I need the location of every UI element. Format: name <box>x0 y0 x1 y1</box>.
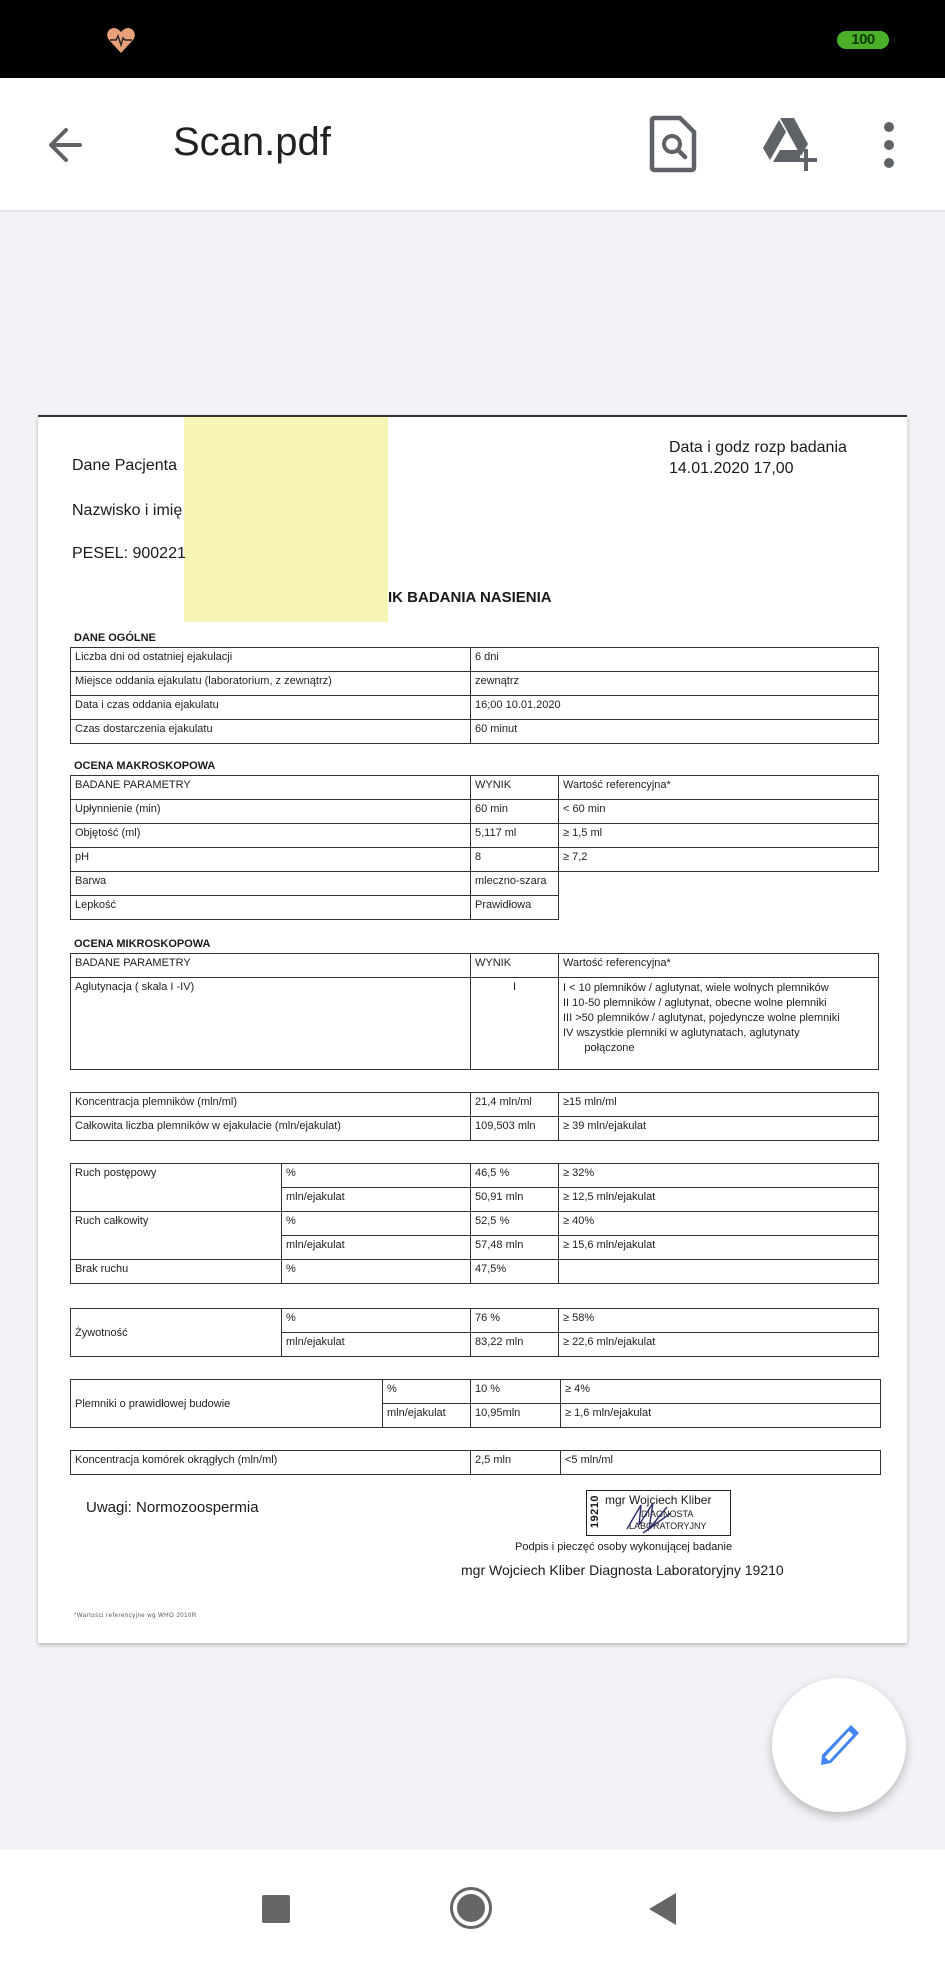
recent-apps-button[interactable] <box>262 1895 290 1923</box>
battery-indicator: 100 <box>837 31 889 49</box>
section-dane-ogolne: DANE OGÓLNE <box>74 632 156 644</box>
pdf-page: Dane Pacjenta Nazwisko i imię PESEL: 900… <box>38 415 907 1643</box>
table-row: Koncentracja plemników (mln/ml)21,4 mln/… <box>71 1093 879 1117</box>
exam-date-value: 14.01.2020 17,00 <box>669 458 847 479</box>
table-row: Brak ruchu%47,5% <box>71 1260 879 1284</box>
footnote: *Wartości referencyjne wg WHO 2010R <box>74 1613 197 1619</box>
table-row: Żywotność%76 %≥ 58% <box>71 1309 879 1333</box>
arrow-back-icon[interactable] <box>40 118 94 172</box>
section-mikroskopowa: OCENA MIKROSKOPOWA <box>74 938 211 950</box>
signer-name: mgr Wojciech Kliber Diagnosta Laboratory… <box>461 1562 784 1578</box>
budowa-table: Plemniki o prawidłowej budowie%10 %≥ 4% … <box>70 1379 881 1428</box>
system-nav-bar <box>0 1850 945 1966</box>
makro-table: BADANE PARAMETRYWYNIKWartość referencyjn… <box>70 775 879 920</box>
zywotnosc-table: Żywotność%76 %≥ 58% mln/ejakulat83,22 ml… <box>70 1308 879 1357</box>
komorki-table: Koncentracja komórek okrągłych (mln/ml)2… <box>70 1450 881 1475</box>
exam-date-label: Data i godz rozp badania <box>669 437 847 458</box>
signature-label: Podpis i pieczęć osoby wykonującej badan… <box>515 1541 732 1553</box>
dane-ogolne-table: Liczba dni od ostatniej ejakulacji6 dni … <box>70 647 879 744</box>
table-header: BADANE PARAMETRYWYNIKWartość referencyjn… <box>71 954 879 978</box>
table-row: Barwamleczno-szara <box>71 872 879 896</box>
home-button[interactable] <box>450 1887 492 1929</box>
table-row: Plemniki o prawidłowej budowie%10 %≥ 4% <box>71 1380 881 1404</box>
table-row: Ruch całkowity%52,5 %≥ 40% <box>71 1212 879 1236</box>
lab-stamp: 19210 mgr Wojciech Kliber DIAGNOSTA LABO… <box>586 1490 731 1536</box>
patient-name-label: Nazwisko i imię <box>72 502 182 520</box>
report-title: IK BADANIA NASIENIA <box>388 589 552 606</box>
table-row: Całkowita liczba plemników w ejakulacie … <box>71 1117 879 1141</box>
edit-pencil-icon <box>813 1719 865 1771</box>
table-header: BADANE PARAMETRYWYNIKWartość referencyjn… <box>71 776 879 800</box>
table-row: Miejsce oddania ejakulatu (laboratorium,… <box>71 672 879 696</box>
ruch-table: Ruch postępowy%46,5 %≥ 32% mln/ejakulat5… <box>70 1163 879 1284</box>
section-makroskopowa: OCENA MAKROSKOPOWA <box>74 760 215 772</box>
table-row: Data i czas oddania ejakulatu16;00 10.01… <box>71 696 879 720</box>
exam-date: Data i godz rozp badania 14.01.2020 17,0… <box>669 437 847 479</box>
table-row: Ruch postępowy%46,5 %≥ 32% <box>71 1164 879 1188</box>
nav-back-button[interactable] <box>649 1893 676 1925</box>
heart-pulse-icon <box>106 26 136 56</box>
status-bar: 100 <box>0 0 945 78</box>
table-row: Koncentracja komórek okrągłych (mln/ml)2… <box>71 1451 881 1475</box>
mikro-table: BADANE PARAMETRYWYNIKWartość referencyjn… <box>70 953 879 1070</box>
patient-pesel: PESEL: 900221 <box>72 545 186 563</box>
table-row: Aglutynacja ( skala I -IV) I I < 10 plem… <box>71 978 879 1070</box>
document-search-icon[interactable] <box>648 114 700 174</box>
app-bar: Scan.pdf <box>0 78 945 212</box>
table-row: Objętość (ml)5,117 ml≥ 1,5 ml <box>71 824 879 848</box>
table-row: Czas dostarczenia ejakulatu60 minut <box>71 720 879 744</box>
aglutynacja-reference: I < 10 plemników / aglutynat, wiele woln… <box>559 978 879 1070</box>
drive-add-icon[interactable] <box>760 116 820 172</box>
patient-label: Dane Pacjenta <box>72 457 177 475</box>
document-title: Scan.pdf <box>173 120 331 165</box>
redaction-highlight <box>184 417 388 622</box>
remarks: Uwagi: Normozoospermia <box>86 1499 259 1516</box>
more-vert-icon[interactable] <box>874 118 904 174</box>
table-row: LepkośćPrawidłowa <box>71 896 879 920</box>
stamp-number: 19210 <box>589 1495 603 1528</box>
table-row: Liczba dni od ostatniej ejakulacji6 dni <box>71 648 879 672</box>
table-row: Upłynnienie (min)60 min< 60 min <box>71 800 879 824</box>
edit-fab-button[interactable] <box>772 1678 906 1812</box>
koncentracja-table: Koncentracja plemników (mln/ml)21,4 mln/… <box>70 1092 879 1141</box>
handwritten-signature <box>623 1499 683 1537</box>
table-row: pH8≥ 7,2 <box>71 848 879 872</box>
